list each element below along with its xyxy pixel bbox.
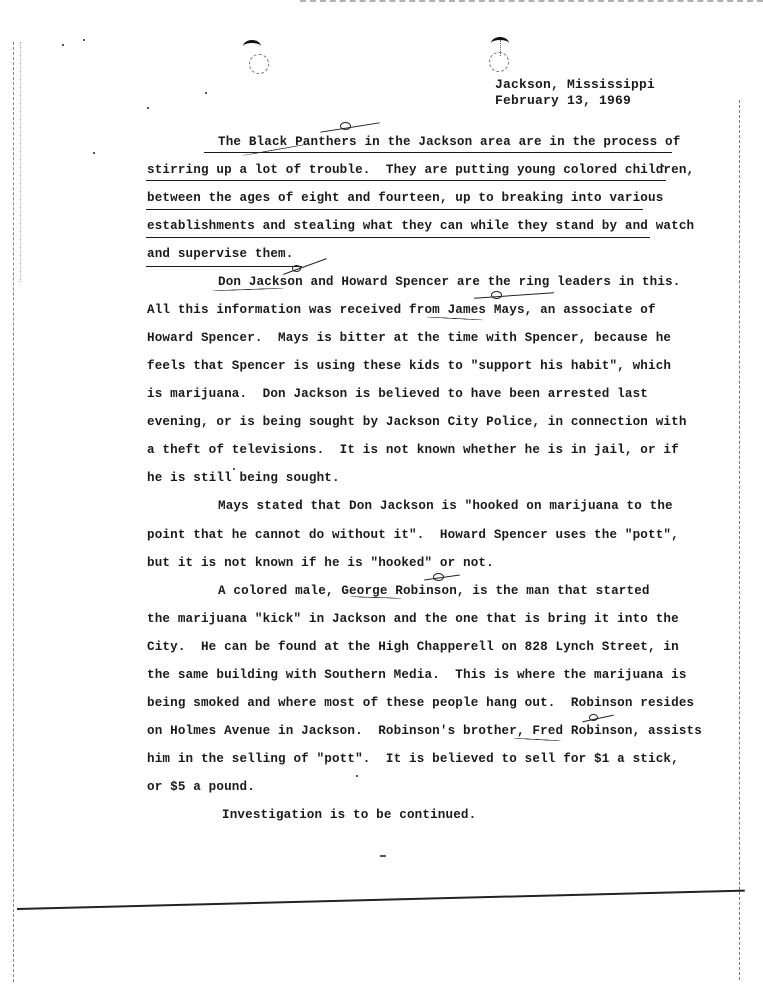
underline-rule	[146, 237, 650, 238]
underline-rule	[146, 180, 666, 181]
speck	[147, 107, 149, 109]
scan-top-border	[300, 0, 763, 2]
text-line: the marijuana "kick" in Jackson and the …	[147, 611, 679, 627]
ink-loop-icon	[491, 291, 502, 299]
text-line: being smoked and where most of these peo…	[147, 695, 694, 711]
text-line: on Holmes Avenue in Jackson. Robinson's …	[147, 723, 702, 739]
speck	[62, 44, 64, 46]
punch-hole-circle-icon	[249, 54, 269, 74]
speck	[662, 165, 664, 167]
punch-hole-circle-icon	[489, 52, 509, 72]
scan-right-margin-rule	[739, 100, 740, 980]
text-line: between the ages of eight and fourteen, …	[147, 190, 663, 206]
text-line: Mays stated that Don Jackson is "hooked …	[218, 498, 673, 514]
scan-left-margin-rule-secondary	[20, 42, 21, 282]
memo-date: February 13, 1969	[495, 93, 655, 109]
text-line: him in the selling of "pott". It is beli…	[147, 751, 679, 767]
text-line: Howard Spencer. Mays is bitter at the ti…	[147, 330, 671, 346]
ink-loop-icon	[340, 122, 351, 130]
underline-rule	[204, 152, 672, 153]
text-line: or $5 a pound.	[147, 779, 255, 795]
speck	[325, 762, 327, 764]
text-line: and supervise them.	[147, 246, 293, 262]
speck	[380, 855, 386, 857]
punch-hole-arc-icon	[243, 40, 261, 53]
text-line: A colored male, George Robinson, is the …	[218, 583, 650, 599]
text-line: a theft of televisions. It is not known …	[147, 442, 679, 458]
text-line: Don Jackson and Howard Spencer are the r…	[218, 274, 680, 290]
ink-stroke-icon	[474, 292, 554, 299]
underline-rule	[146, 209, 643, 210]
text-line: the same building with Southern Media. T…	[147, 667, 687, 683]
speck	[233, 468, 235, 470]
text-line: stirring up a lot of trouble. They are p…	[147, 162, 694, 178]
text-line: Investigation is to be continued.	[222, 807, 476, 823]
underline-rule	[146, 266, 302, 267]
text-line: All this information was received from J…	[147, 302, 656, 318]
memo-location: Jackson, Mississippi	[495, 77, 655, 93]
text-line: evening, or is being sought by Jackson C…	[147, 414, 687, 430]
speck	[93, 152, 95, 154]
scan-bottom-rule	[17, 890, 745, 910]
text-line: but it is not known if he is "hooked" or…	[147, 555, 494, 571]
ink-loop-icon	[433, 573, 444, 581]
ink-loop-icon	[292, 265, 301, 272]
scan-left-margin-rule	[13, 42, 14, 982]
memo-header: Jackson, Mississippi February 13, 1969	[495, 77, 655, 109]
text-line: is marijuana. Don Jackson is believed to…	[147, 386, 648, 402]
text-line: feels that Spencer is using these kids t…	[147, 358, 671, 374]
speck	[356, 775, 358, 777]
text-line: he is still being sought.	[147, 470, 340, 486]
speck	[83, 39, 85, 41]
text-line: point that he cannot do without it". How…	[147, 527, 679, 543]
text-line: establishments and stealing what they ca…	[147, 218, 694, 234]
text-line: City. He can be found at the High Chappe…	[147, 639, 679, 655]
speck	[205, 92, 207, 94]
ink-stroke-icon	[582, 715, 614, 723]
ink-loop-icon	[589, 714, 598, 721]
